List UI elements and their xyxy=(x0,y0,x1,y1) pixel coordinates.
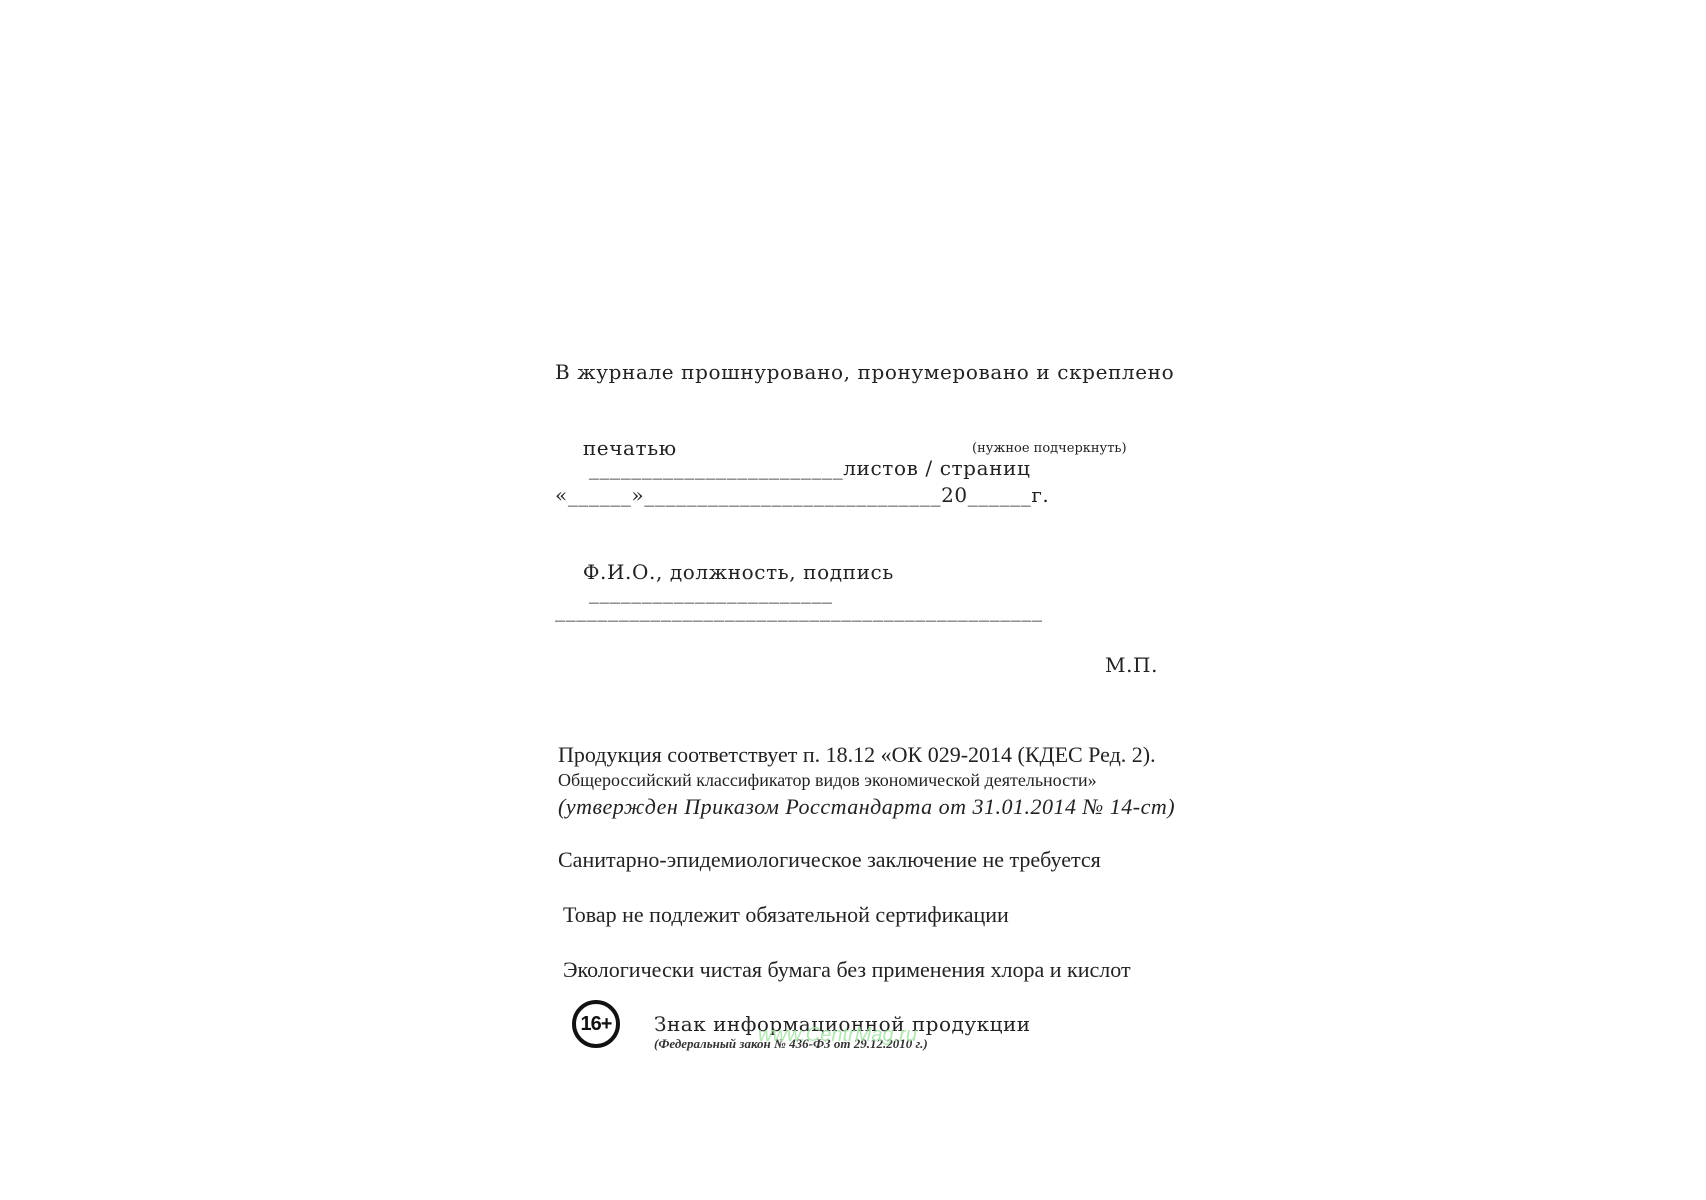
watermark: www.CentrMag.ru xyxy=(758,1025,917,1045)
full-blank-line: ________________________________________… xyxy=(555,600,1043,620)
underline-note: (нужное подчеркнуть) xyxy=(972,442,1127,455)
sheets-suffix: листов / страниц xyxy=(843,456,1030,480)
document-page: В журнале прошнуровано, пронумеровано и … xyxy=(0,0,1706,1200)
age-rating-label: 16+ xyxy=(581,1013,612,1036)
sheets-count-blank: ________________________ xyxy=(589,456,843,480)
certification-line-1: В журнале прошнуровано, пронумеровано и … xyxy=(555,362,1174,382)
eco-statement: Экологически чистая бумага без применени… xyxy=(563,959,1131,981)
date-line: «______»____________________________20__… xyxy=(555,485,1049,505)
certification-statement: Товар не подлежит обязательной сертифика… xyxy=(563,904,1009,926)
compliance-line-2: Общероссийский классификатор видов эконо… xyxy=(558,771,1097,789)
sanitary-statement: Санитарно-эпидемиологическое заключение … xyxy=(558,849,1101,871)
stamp-place: М.П. xyxy=(1105,655,1158,675)
compliance-line-1: Продукция соответствует п. 18.12 «ОК 029… xyxy=(558,744,1156,766)
age-rating-icon: 16+ xyxy=(572,1000,620,1048)
compliance-line-3: (утвержден Приказом Росстандарта от 31.0… xyxy=(558,796,1175,818)
